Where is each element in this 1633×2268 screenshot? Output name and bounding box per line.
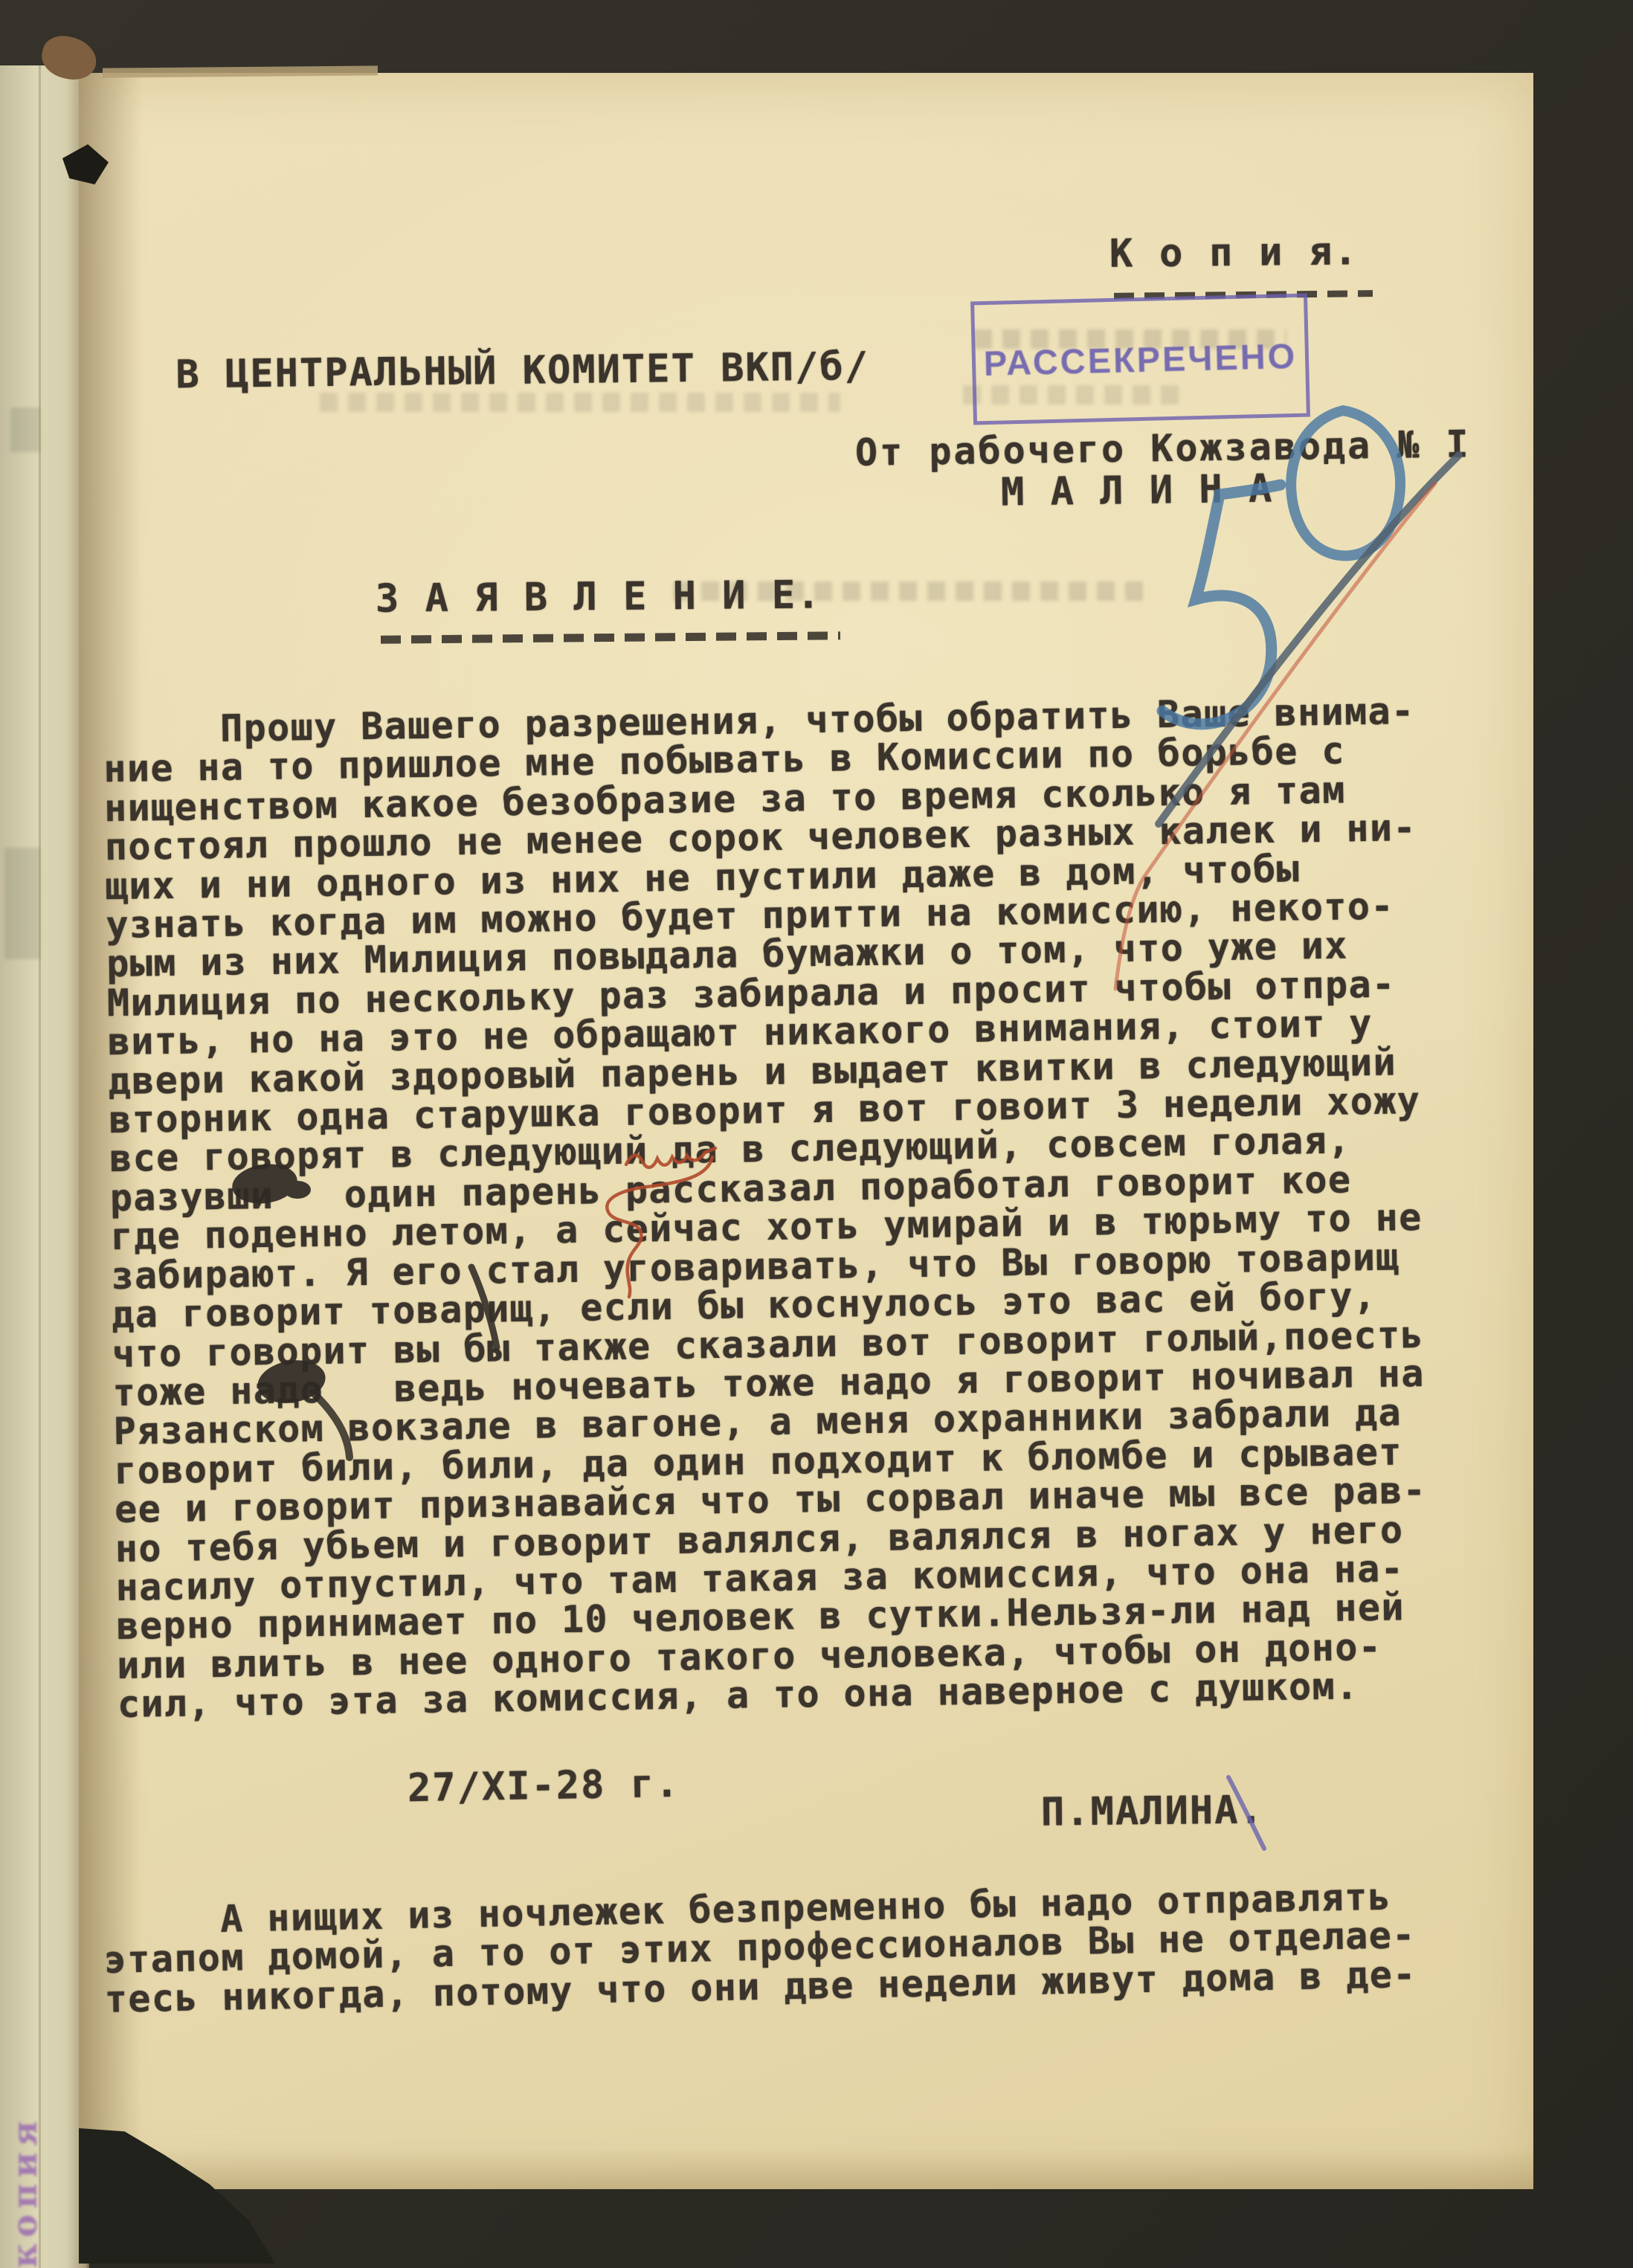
bleed-through-smudge xyxy=(320,393,840,412)
sender-line: От рабочего Кожзавода № I xyxy=(855,422,1471,474)
declassified-stamp: РАССЕКРЕЧЕНО xyxy=(970,293,1310,425)
sender-name: М А Л И Н А xyxy=(1001,466,1274,515)
postscript-block: А нищих из ночлежек безпременно бы надо … xyxy=(103,1877,1417,2019)
page-bottom-shadow xyxy=(79,2148,1533,2189)
document-title: З А Я В Л Е Н И Е. xyxy=(376,573,822,621)
body-text-block: Прошу Вашего разрешения, чтобы обратить … xyxy=(103,692,1429,1724)
margin-pencil-mark xyxy=(10,407,40,452)
recipient-line: В ЦЕНТРАЛЬНЫЙ КОМИТЕТ ВКП/б/ xyxy=(175,344,869,397)
copy-label: К о п и я. xyxy=(1109,229,1359,277)
date-line: 27/XI-28 г. xyxy=(408,1762,680,1811)
margin-pencil-mark xyxy=(4,848,40,959)
underlying-page-strip xyxy=(0,65,89,2268)
scanned-document: К о п и я. РАССЕКРЕЧЕНО В ЦЕНТРАЛЬНЫЙ КО… xyxy=(0,0,1633,2268)
declassified-stamp-text: РАССЕКРЕЧЕНО xyxy=(983,335,1298,383)
spine-stamp-text: копия xyxy=(4,2082,45,2268)
signature: П.МАЛИНА. xyxy=(1041,1788,1264,1834)
spine-crease xyxy=(39,65,41,2268)
